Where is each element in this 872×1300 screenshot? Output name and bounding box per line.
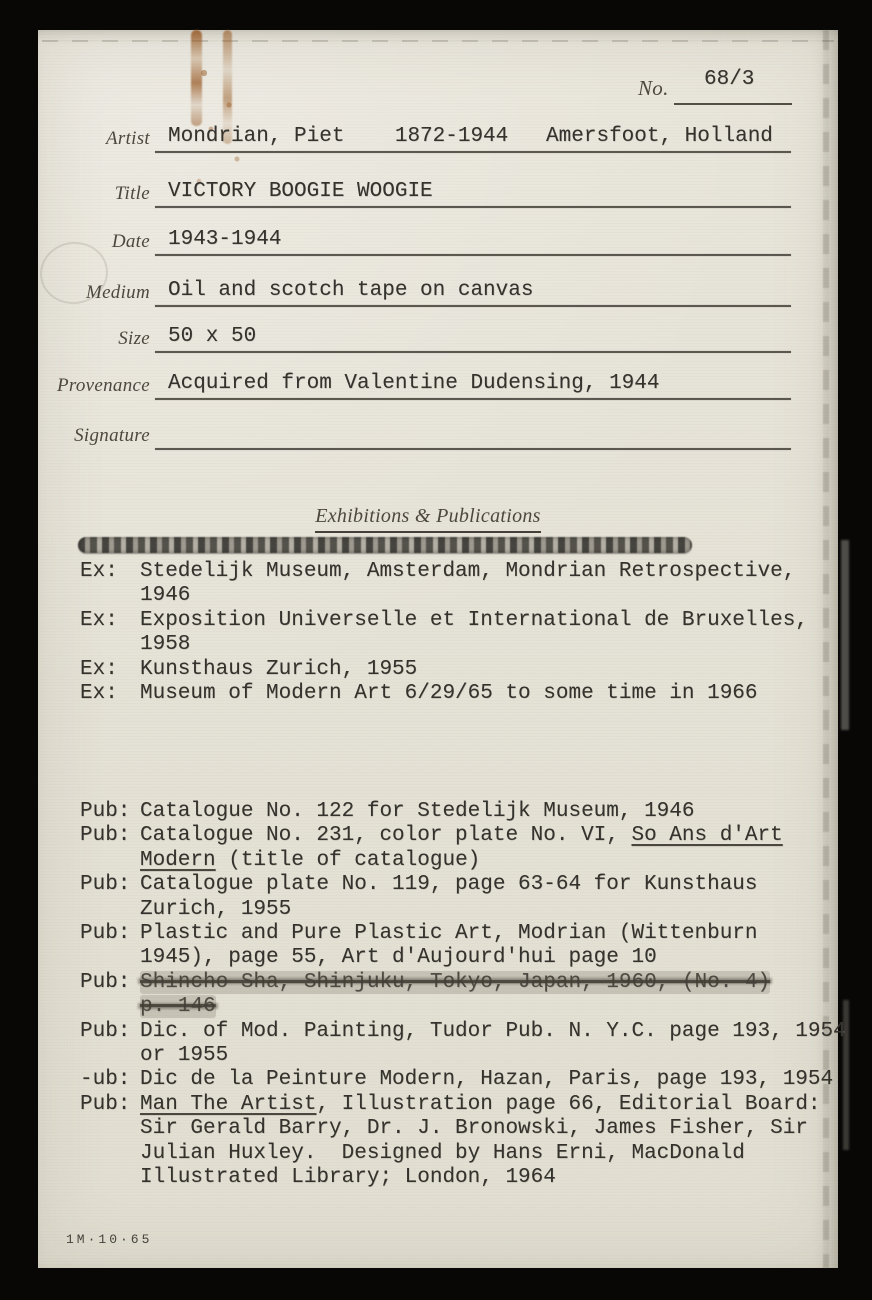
entry-line: Man The Artist, Illustration page 66, Ed… [140,1093,821,1117]
entry-body: Man The Artist, Illustration page 66, Ed… [140,1093,821,1191]
entry-line: 1958 [140,633,808,657]
entry-body: Dic. of Mod. Painting, Tudor Pub. N. Y.C… [140,1020,846,1069]
exhibition-entry: Ex:Exposition Universelle et Internation… [80,609,808,658]
catalog-card: No. 68/3 Artist Mondrian, Piet 1872-1944… [38,30,838,1268]
section-heading: Exhibitions & Publications [288,505,568,533]
entry-label: Pub: [80,971,140,995]
field-underline [155,448,791,450]
rust-stain [191,30,202,126]
entry-line: or 1955 [140,1044,846,1068]
publication-entry: Pub:Man The Artist, Illustration page 66… [80,1093,846,1191]
publication-entry: Pub:Dic. of Mod. Painting, Tudor Pub. N.… [80,1020,846,1069]
entry-body: Kunsthaus Zurich, 1955 [140,658,417,682]
entry-label: Pub: [80,824,140,848]
entry-body: Museum of Modern Art 6/29/65 to some tim… [140,682,758,706]
field-row-provenance: Provenance Acquired from Valentine Duden… [38,372,838,406]
entry-body: Stedelijk Museum, Amsterdam, Mondrian Re… [140,560,795,609]
card-number-label: No. [638,76,669,101]
publication-entry: Pub:Catalogue plate No. 119, page 63-64 … [80,873,846,922]
field-underline [155,351,791,353]
entry-label: Ex: [80,658,140,682]
exhibition-entry: Ex:Stedelijk Museum, Amsterdam, Mondrian… [80,560,808,609]
field-row-size: Size 50 x 50 [38,325,838,359]
artist-value: Mondrian, Piet 1872-1944 Amersfoot, Holl… [168,125,773,148]
field-row-signature: Signature [38,422,838,456]
entry-body: Catalogue No. 122 for Stedelijk Museum, … [140,800,695,824]
card-number-value: 68/3 [704,68,754,91]
entry-line: Exposition Universelle et International … [140,609,808,633]
size-label: Size [38,328,150,350]
card-number-underline [674,103,792,105]
field-row-date: Date 1943-1944 [38,228,838,262]
field-underline [155,254,791,256]
title-value: VICTORY BOOGIE WOOGIE [168,180,433,203]
entry-line: Catalogue No. 122 for Stedelijk Museum, … [140,800,695,824]
entry-label: Pub: [80,1093,140,1117]
publication-entry: Pub:Catalogue No. 122 for Stedelijk Muse… [80,800,846,824]
entry-body: Dic de la Peinture Modern, Hazan, Paris,… [140,1068,833,1092]
stain-specks [38,30,40,32]
publication-entry: Pub:Plastic and Pure Plastic Art, Modria… [80,922,846,971]
entry-line: Dic. of Mod. Painting, Tudor Pub. N. Y.C… [140,1020,846,1044]
entry-line: Catalogue plate No. 119, page 63-64 for … [140,873,758,897]
exhibitions-list: Ex:Stedelijk Museum, Amsterdam, Mondrian… [80,560,808,706]
entry-line: Zurich, 1955 [140,898,758,922]
entry-label: Pub: [80,1020,140,1044]
field-underline [155,151,791,153]
field-row-medium: Medium Oil and scotch tape on canvas [38,279,838,313]
medium-label: Medium [38,282,150,304]
field-row-title: Title VICTORY BOOGIE WOOGIE [38,180,838,214]
entry-label: Pub: [80,922,140,946]
date-value: 1943-1944 [168,228,281,251]
entry-label: Pub: [80,873,140,897]
publication-entry: Pub:Catalogue No. 231, color plate No. V… [80,824,846,873]
field-underline [155,305,791,307]
publication-entry: -ub:Dic de la Peinture Modern, Hazan, Pa… [80,1068,846,1092]
date-label: Date [38,231,150,253]
entry-body: Plastic and Pure Plastic Art, Modrian (W… [140,922,758,971]
entry-label: Pub: [80,800,140,824]
field-underline [155,206,791,208]
entry-line: Dic de la Peinture Modern, Hazan, Paris,… [140,1068,833,1092]
entry-line: Sir Gerald Barry, Dr. J. Bronowski, Jame… [140,1117,821,1141]
entry-line: 1946 [140,584,795,608]
medium-value: Oil and scotch tape on canvas [168,279,533,302]
card-edge-fragment [843,1000,849,1150]
card-top-edge [42,40,834,42]
exhibition-entry: Ex:Kunsthaus Zurich, 1955 [80,658,808,682]
entry-line: 1945), page 55, Art d'Aujourd'hui page 1… [140,946,758,970]
field-row-artist: Artist Mondrian, Piet 1872-1944 Amersfoo… [38,125,838,159]
entry-line: Plastic and Pure Plastic Art, Modrian (W… [140,922,758,946]
entry-label: Ex: [80,609,140,633]
entry-line: Illustrated Library; London, 1964 [140,1166,821,1190]
entry-body: Catalogue No. 231, color plate No. VI, S… [140,824,783,873]
entry-body: Shincho Sha, Shinjuku, Tokyo, Japan, 196… [140,971,770,1020]
entry-body: Catalogue plate No. 119, page 63-64 for … [140,873,758,922]
entry-line: Museum of Modern Art 6/29/65 to some tim… [140,682,758,706]
entry-label: Ex: [80,682,140,706]
artist-label: Artist [38,128,150,150]
signature-label: Signature [38,425,150,447]
entry-line: p. 146 [140,995,770,1019]
publication-entry: Pub:Shincho Sha, Shinjuku, Tokyo, Japan,… [80,971,846,1020]
size-value: 50 x 50 [168,325,256,348]
entry-body: Exposition Universelle et International … [140,609,808,658]
entry-line: Catalogue No. 231, color plate No. VI, S… [140,824,783,848]
publications-list: Pub:Catalogue No. 122 for Stedelijk Muse… [80,800,846,1190]
card-edge-fragment [841,540,849,730]
entry-line: Modern (title of catalogue) [140,849,783,873]
entry-line: Shincho Sha, Shinjuku, Tokyo, Japan, 196… [140,971,770,995]
entry-line: Stedelijk Museum, Amsterdam, Mondrian Re… [140,560,795,584]
title-label: Title [38,183,150,205]
exhibition-entry: Ex:Museum of Modern Art 6/29/65 to some … [80,682,808,706]
field-underline [155,398,791,400]
provenance-label: Provenance [38,375,150,397]
entry-line: Julian Huxley. Designed by Hans Erni, Ma… [140,1142,821,1166]
entry-label: -ub: [80,1068,140,1092]
entry-label: Ex: [80,560,140,584]
stock-code: 1M·10·65 [66,1232,152,1247]
provenance-value: Acquired from Valentine Dudensing, 1944 [168,372,659,395]
redaction-smudge [78,537,692,553]
entry-line: Kunsthaus Zurich, 1955 [140,658,417,682]
section-heading-text: Exhibitions & Publications [315,505,541,533]
